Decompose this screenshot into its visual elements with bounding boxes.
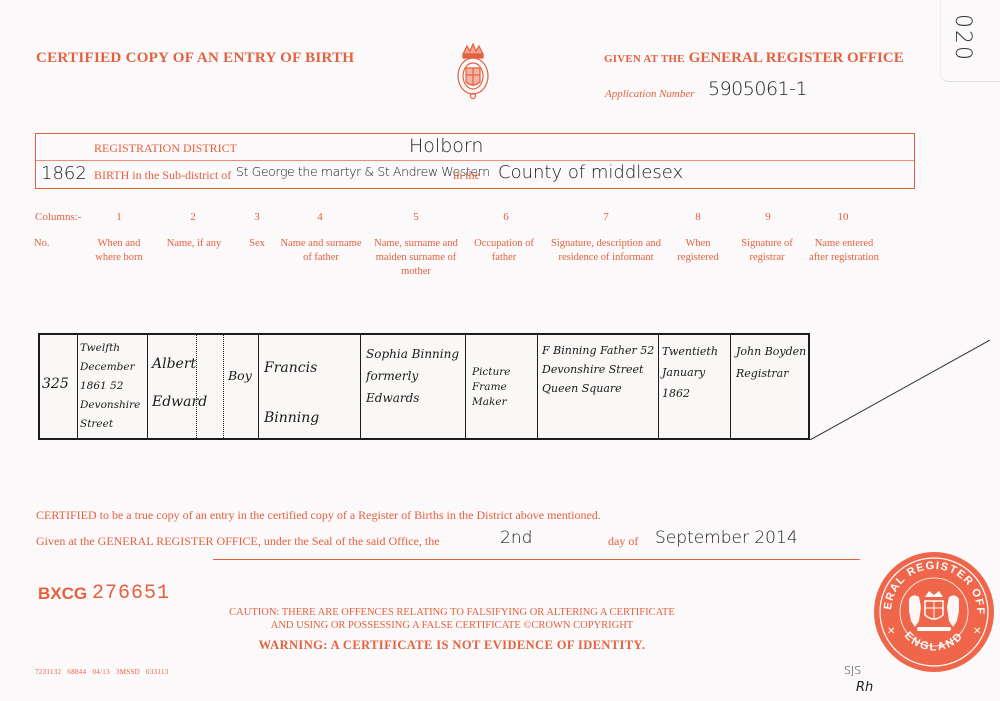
entry-registrar: John Boyden Registrar <box>736 341 808 385</box>
subdistrict-row: 1862 BIRTH in the Sub-district of St Geo… <box>36 161 914 188</box>
column-divider <box>658 335 659 438</box>
day-of-label: day of <box>608 534 638 549</box>
given-at-prefix: GIVEN AT THE <box>604 53 685 65</box>
column-divider <box>77 335 78 438</box>
column-header-mother: Name, surname and maiden surname of moth… <box>370 237 462 279</box>
column-header-name-after: Name entered after registration <box>806 237 882 265</box>
general-register-office-seal-icon: GENERAL REGISTER OFFICE ENGLAND ✕ ✕ <box>873 551 995 673</box>
registration-year: 1862 <box>41 163 87 184</box>
entry-right-edge <box>808 333 810 440</box>
entry-occupation: Picture Frame Maker <box>472 365 534 410</box>
column-number-1: 1 <box>109 211 129 223</box>
county-value: County of middlesex <box>498 162 683 183</box>
entry-when-registered: Twentieth January 1862 <box>662 341 728 404</box>
column-number-4: 4 <box>310 211 330 223</box>
column-header-occupation: Occupation of father <box>474 237 534 265</box>
column-number-2: 2 <box>183 211 203 223</box>
signature-rule <box>213 559 860 560</box>
caution-notice: CAUTION: THERE ARE OFFENCES RELATING TO … <box>222 606 682 632</box>
column-divider <box>730 335 731 438</box>
entry-number: 325 <box>42 375 76 393</box>
column-number-8: 8 <box>688 211 708 223</box>
clerk-signature: Rh <box>856 680 873 695</box>
entry-when-where-born: Twelfth December 1861 52 Devonshire Stre… <box>80 339 148 434</box>
svg-text:✕: ✕ <box>887 626 895 637</box>
cancellation-diagonal-line <box>810 340 990 440</box>
column-header-sex: Sex <box>242 237 272 251</box>
identity-warning: WARNING: A CERTIFICATE IS NOT EVIDENCE O… <box>222 638 682 653</box>
column-number-7: 7 <box>596 211 616 223</box>
application-number-value: 5905061-1 <box>708 78 807 100</box>
print-code: 7231132 68844 04/13 3MSSD 033113 <box>35 668 169 676</box>
column-header-father: Name and surname of father <box>275 237 367 265</box>
clerk-initials: SJS <box>844 664 861 677</box>
column-number-6: 6 <box>496 211 516 223</box>
caution-line-1: CAUTION: THERE ARE OFFENCES RELATING TO … <box>222 606 682 619</box>
office-heading: GIVEN AT THEGENERAL REGISTER OFFICE <box>604 50 904 67</box>
column-header-when-where-born: When and where born <box>88 237 150 265</box>
column-header-name: Name, if any <box>160 237 228 251</box>
column-divider <box>537 335 538 438</box>
column-header-registrar: Signature of registrar <box>735 237 799 265</box>
column-divider <box>465 335 466 438</box>
subdistrict-label: BIRTH in the Sub-district of <box>94 168 231 183</box>
serial-prefix: BXCG <box>38 584 87 604</box>
column-number-9: 9 <box>758 211 778 223</box>
entry-sex: Boy <box>228 367 258 385</box>
column-number-10: 10 <box>833 211 853 223</box>
column-divider <box>360 335 361 438</box>
caution-line-2: AND USING OR POSSESSING A FALSE CERTIFIC… <box>222 619 682 632</box>
office-name: GENERAL REGISTER OFFICE <box>689 50 904 66</box>
column-header-when-registered: When registered <box>673 237 723 265</box>
entry-father: Francis Binning <box>264 343 356 443</box>
corner-mark: 020 <box>950 14 975 62</box>
registration-box: REGISTRATION DISTRICT Holborn 1862 BIRTH… <box>35 133 915 189</box>
subdistrict-value: St George the martyr & St Andrew Western <box>236 164 490 179</box>
in-the-label: in the <box>453 168 480 183</box>
column-number-3: 3 <box>247 211 267 223</box>
serial-number: 276651 <box>92 582 170 605</box>
register-entry-row: 325 Twelfth December 1861 52 Devonshire … <box>38 333 810 440</box>
application-number-label: Application Number <box>605 88 695 100</box>
registration-district-label: REGISTRATION DISTRICT <box>94 141 237 156</box>
issue-month-year: September 2014 <box>655 528 798 548</box>
column-header-informant: Signature, description and residence of … <box>548 237 664 265</box>
column-divider <box>258 335 259 438</box>
svg-text:✕: ✕ <box>973 626 981 637</box>
royal-crest-icon <box>455 42 491 100</box>
given-at-statement: Given at the GENERAL REGISTER OFFICE, un… <box>36 534 440 549</box>
entry-informant: F Binning Father 52 Devonshire Street Qu… <box>542 341 656 398</box>
entry-mother: Sophia Binning formerly Edwards <box>366 343 462 409</box>
issue-day: 2nd <box>500 528 532 548</box>
registration-district-value: Holborn <box>409 135 483 157</box>
entry-name: Albert Edward <box>152 345 222 421</box>
column-number-5: 5 <box>406 211 426 223</box>
registration-district-row: REGISTRATION DISTRICT Holborn <box>36 134 914 161</box>
column-divider <box>223 335 224 438</box>
column-header-no: No. <box>34 237 58 251</box>
columns-label: Columns:- <box>35 211 81 223</box>
certificate-title: CERTIFIED COPY OF AN ENTRY OF BIRTH <box>36 50 354 67</box>
certified-statement: CERTIFIED to be a true copy of an entry … <box>36 508 601 523</box>
